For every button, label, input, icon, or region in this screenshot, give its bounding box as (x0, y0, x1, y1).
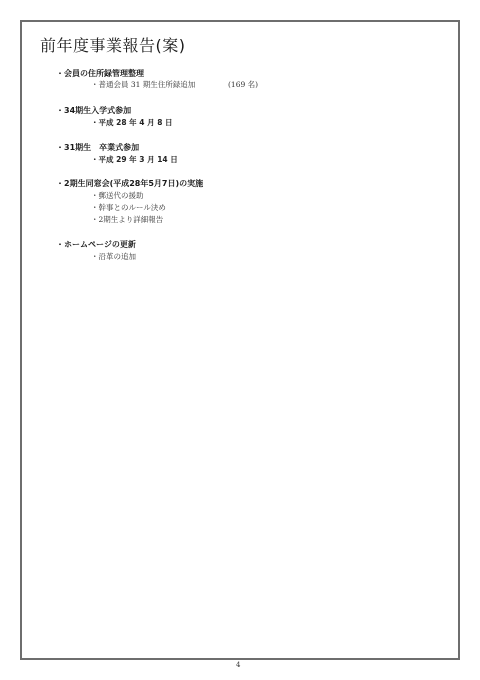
section-item-date: ・平成 29 年 3 月 14 日 (91, 154, 178, 165)
section-item: ・普通会員 31 期生住所録追加 (91, 79, 195, 90)
section-heading-entrance-ceremony: ・34期生入学式参加 (56, 105, 131, 116)
section-item: ・沿革の追加 (91, 251, 136, 262)
section-heading-address-list: ・会員の住所録管理整理 (56, 68, 144, 79)
document-title: 前年度事業報告(案) (40, 33, 186, 56)
section-heading-reunion: ・2期生同窓会(平成28年5月7日)の実施 (56, 178, 203, 189)
section-heading-homepage-update: ・ホームページの更新 (56, 239, 136, 250)
section-item: ・幹事とのルール決め (91, 202, 166, 213)
section-item: ・2期生より詳細報告 (91, 214, 163, 225)
page-number: 4 (236, 661, 240, 669)
member-count-note: (169 名) (228, 79, 258, 90)
section-item-date: ・平成 28 年 4 月 8 日 (91, 117, 173, 128)
section-heading-graduation-ceremony: ・31期生 卒業式参加 (56, 142, 139, 153)
section-item: ・郵送代の援助 (91, 190, 144, 201)
page-border (20, 20, 460, 660)
